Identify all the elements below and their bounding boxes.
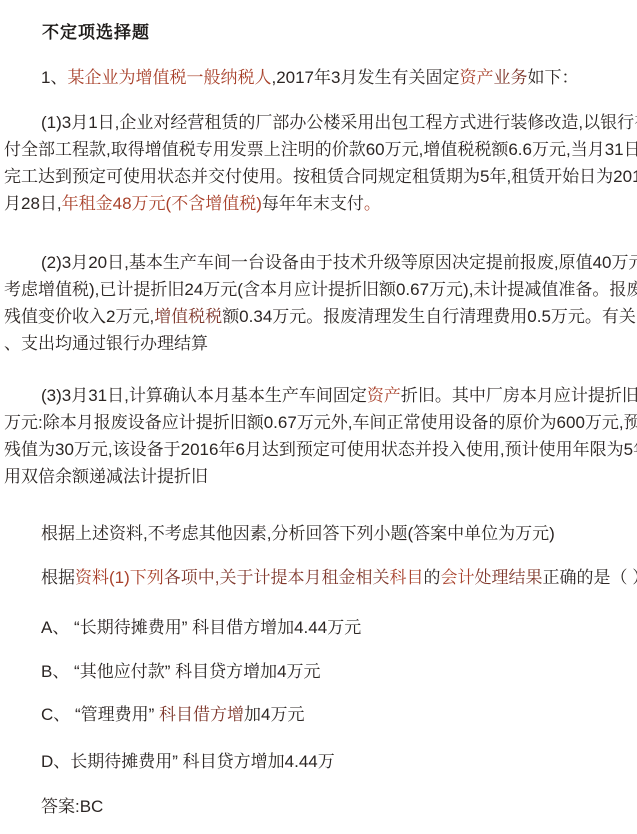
exam-document: 不定项选择题 1、某企业为增值税一般纳税人,2017年3月发生有关固定资产业务如… <box>0 0 637 820</box>
page-title: 不定项选择题 <box>4 24 637 42</box>
text-segment: 资料(1)下列 <box>75 568 164 587</box>
text-segment: 正确的是（ ） <box>543 568 637 587</box>
case-3-line-2: 万元:除本月报废设备应计提折旧额0.67万元外,车间正常使用设备的原价为600万… <box>4 409 637 436</box>
case-2-line-3: 残值变价收入2万元,增值税税额0.34万元。报废清理发生自行清理费用0.5万元。… <box>4 303 637 330</box>
text-segment: (2)3月20日,基本生产车间一台设备由于技术升级等原因决定提前报废,原值40万… <box>41 253 637 272</box>
answer: 答案:BC <box>4 793 637 820</box>
text-segment: 每年年末支付 <box>262 194 364 213</box>
text-segment: 付全部工程款,取得增值税专用发票上注明的价款60万元,增值税税额6.6万元,当月… <box>4 140 637 159</box>
text-segment: 残值为30万元,该设备于2016年6月达到预定可使用状态并投入使用,预计使用年限… <box>4 440 637 459</box>
text-segment: 的 <box>424 568 441 587</box>
text-segment: 根据上述资料,不考虑其他因素,分析回答下列小题(答案中单位为万元) <box>41 524 555 543</box>
text-segment: 月28日, <box>4 194 62 213</box>
case-3-line-4: 用双倍余额递减法计提折旧 <box>4 463 637 490</box>
text-segment: 各项中, <box>164 568 220 587</box>
text-segment: 、支出均通过银行办理结算 <box>4 334 208 353</box>
text-segment: (3)3月31日,计算确认本月基本生产车间固定 <box>41 386 367 405</box>
text-segment: 科目 <box>390 568 424 587</box>
text-segment: 科目借方增 <box>159 705 244 724</box>
option-c: C、 “管理费用” 科目借方增加4万元 <box>4 701 637 728</box>
case-2: (2)3月20日,基本生产车间一台设备由于技术升级等原因决定提前报废,原值40万… <box>4 249 637 357</box>
answer-line-1: 答案:BC <box>4 793 637 820</box>
case-2-line-1: (2)3月20日,基本生产车间一台设备由于技术升级等原因决定提前报废,原值40万… <box>4 249 637 276</box>
case-1-line-4: 月28日,年租金48万元(不含增值税)每年年末支付。 <box>4 190 637 217</box>
text-segment: 万元:除本月报废设备应计提折旧额0.67万元外,车间正常使用设备的原价为600万… <box>4 413 637 432</box>
case-1: (1)3月1日,企业对经营租赁的厂部办公楼采用出包工程方式进行装修改造,以银行存… <box>4 109 637 217</box>
text-segment: 1、 <box>41 68 67 87</box>
option-d-line-1: D、长期待摊费用” 科目贷方增加4.44万 <box>4 748 637 775</box>
text-segment: 业务 <box>493 68 527 87</box>
text-segment: 资产 <box>459 68 493 87</box>
text-segment: 。 <box>364 194 381 213</box>
case-1-line-1: (1)3月1日,企业对经营租赁的厂部办公楼采用出包工程方式进行装修改造,以银行存… <box>4 109 637 136</box>
text-segment: 关于计提本月租金相关 <box>220 568 390 587</box>
sub-question-1-line-1: 根据资料(1)下列各项中,关于计提本月租金相关科目的会计处理结果正确的是（ ） <box>4 564 637 591</box>
text-segment: 年租金48万元(不含增值税) <box>62 194 262 213</box>
text-segment: 增值税税 <box>154 307 222 326</box>
text-segment: 答案:BC <box>41 797 103 816</box>
case-1-line-3: 完工达到预定可使用状态并交付使用。按租赁合同规定租赁期为5年,租赁开始日为201… <box>4 163 637 190</box>
text-segment: C、 “管理费用” <box>41 705 159 724</box>
case-2-line-2: 考虑增值税),已计提折旧24万元(含本月应计提折旧额0.67万元),未计提减值准… <box>4 276 637 303</box>
case-2-line-4: 、支出均通过银行办理结算 <box>4 330 637 357</box>
question-number-line-line-1: 1、某企业为增值税一般纳税人,2017年3月发生有关固定资产业务如下： <box>4 64 637 91</box>
text-segment: 折旧。其中厂房本月应计提折旧费 <box>401 386 637 405</box>
text-segment: A、 “长期待摊费用” 科目借方增加4.44万元 <box>41 618 361 637</box>
text-segment: 某企业为增值税一般纳税人 <box>67 68 271 87</box>
text-segment: 残值变价收入2万元, <box>4 307 154 326</box>
text-segment: 额0.34万元。报废清理发生自行清理费用0.5万元。有关收入 <box>222 307 637 326</box>
text-segment: 加4万元 <box>244 705 304 724</box>
case-1-line-2: 付全部工程款,取得增值税专用发票上注明的价款60万元,增值税税额6.6万元,当月… <box>4 136 637 163</box>
text-segment: 资产 <box>367 386 401 405</box>
instruction-line-1: 根据上述资料,不考虑其他因素,分析回答下列小题(答案中单位为万元) <box>4 520 637 547</box>
text-segment: 会计 <box>441 568 475 587</box>
text-segment: 根据 <box>41 568 75 587</box>
sub-question-1: 根据资料(1)下列各项中,关于计提本月租金相关科目的会计处理结果正确的是（ ） <box>4 564 637 591</box>
instruction: 根据上述资料,不考虑其他因素,分析回答下列小题(答案中单位为万元) <box>4 520 637 547</box>
case-3: (3)3月31日,计算确认本月基本生产车间固定资产折旧。其中厂房本月应计提折旧费… <box>4 382 637 490</box>
text-segment: 用双倍余额递减法计提折旧 <box>4 467 208 486</box>
question-body: 1、某企业为增值税一般纳税人,2017年3月发生有关固定资产业务如下：(1)3月… <box>4 64 637 820</box>
text-segment: 如下： <box>527 68 578 87</box>
text-segment: 处理结果 <box>475 568 543 587</box>
option-a-line-1: A、 “长期待摊费用” 科目借方增加4.44万元 <box>4 614 637 641</box>
option-b-line-1: B、 “其他应付款” 科目贷方增加4万元 <box>4 658 637 685</box>
text-segment: 完工达到预定可使用状态并交付使用。按租赁合同规定租赁期为5年,租赁开始日为201… <box>4 167 637 186</box>
case-3-line-3: 残值为30万元,该设备于2016年6月达到预定可使用状态并投入使用,预计使用年限… <box>4 436 637 463</box>
text-segment: D、长期待摊费用” 科目贷方增加4.44万 <box>41 752 335 771</box>
case-3-line-1: (3)3月31日,计算确认本月基本生产车间固定资产折旧。其中厂房本月应计提折旧费 <box>4 382 637 409</box>
option-d: D、长期待摊费用” 科目贷方增加4.44万 <box>4 748 637 775</box>
option-b: B、 “其他应付款” 科目贷方增加4万元 <box>4 658 637 685</box>
text-segment: B、 “其他应付款” 科目贷方增加4万元 <box>41 662 321 681</box>
option-c-line-1: C、 “管理费用” 科目借方增加4万元 <box>4 701 637 728</box>
text-segment: 考虑增值税),已计提折旧24万元(含本月应计提折旧额0.67万元),未计提减值准… <box>4 280 637 299</box>
text-segment: ,2017年3月发生有关固定 <box>271 68 459 87</box>
question-number-line: 1、某企业为增值税一般纳税人,2017年3月发生有关固定资产业务如下： <box>4 64 637 91</box>
option-a: A、 “长期待摊费用” 科目借方增加4.44万元 <box>4 614 637 641</box>
text-segment: (1)3月1日,企业对经营租赁的厂部办公楼采用出包工程方式进行装修改造,以银行存… <box>41 113 637 132</box>
